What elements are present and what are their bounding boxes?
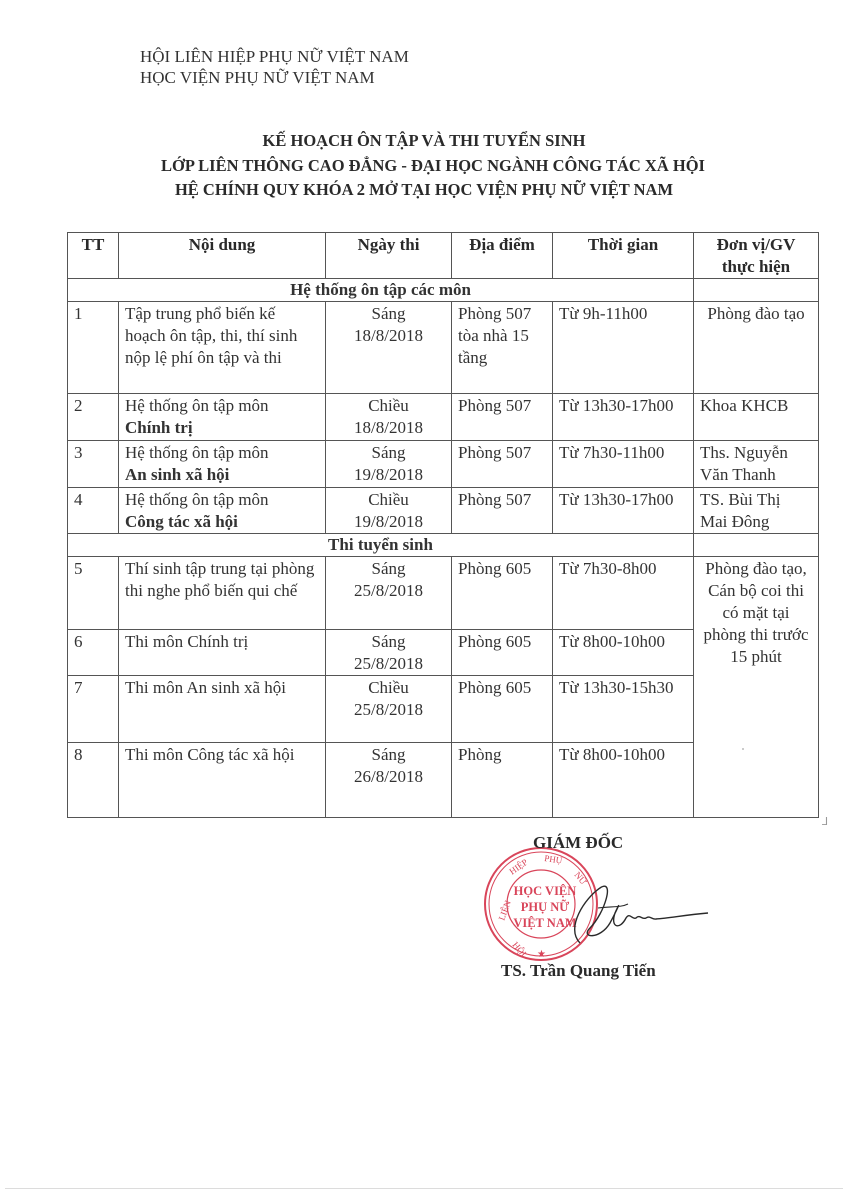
col-header-time: Thời gian [553,233,694,279]
row-content: Hệ thống ôn tập mônAn sinh xã hội [119,441,326,488]
row-time: Từ 13h30-17h00 [553,488,694,534]
section-empty-cell [694,534,819,557]
row-date: Chiều25/8/2018 [326,676,452,743]
date: 25/8/2018 [332,580,445,602]
row-date: Sáng26/8/2018 [326,743,452,818]
row-number: 8 [68,743,119,818]
svg-text:★: ★ [537,949,546,960]
document-title: KẾ HOẠCH ÔN TẬP VÀ THI TUYỂN SINH LỚP LI… [0,129,848,203]
table-row: 5 Thí sinh tập trung tại phòng thi nghe … [68,557,819,630]
row-date: Chiều19/8/2018 [326,488,452,534]
scan-edge-line [5,1188,843,1189]
signer-name: TS. Trần Quang Tiến [501,961,656,981]
title-line-3: HỆ CHÍNH QUY KHÓA 2 MỞ TẠI HỌC VIỆN PHỤ … [0,178,848,203]
row-content: Thi môn Chính trị [119,630,326,676]
title-line-2: LỚP LIÊN THÔNG CAO ĐẲNG - ĐẠI HỌC NGÀNH … [18,154,848,179]
date: 25/8/2018 [332,653,445,675]
section-title: Thi tuyển sinh [68,534,694,557]
row-time: Từ 13h30-15h30 [553,676,694,743]
row-place: Phòng 605 [452,630,553,676]
svg-text:HỘI: HỘI [510,940,528,959]
row-time: Từ 7h30-11h00 [553,441,694,488]
row-date: Sáng18/8/2018 [326,302,452,394]
row-date: Sáng25/8/2018 [326,557,452,630]
subject-name: An sinh xã hội [125,464,319,486]
section-row: Thi tuyển sinh [68,534,819,557]
session: Chiều [332,677,445,699]
session: Chiều [332,395,445,417]
table-row: 1 Tập trung phổ biến kế hoạch ôn tập, th… [68,302,819,394]
session: Sáng [332,631,445,653]
row-content: Thi môn Công tác xã hội [119,743,326,818]
row-number: 7 [68,676,119,743]
row-place: Phòng 605 [452,557,553,630]
row-time: Từ 8h00-10h00 [553,630,694,676]
title-line-1: KẾ HOẠCH ÔN TẬP VÀ THI TUYỂN SINH [0,129,848,154]
col-header-unit: Đơn vị/GV thực hiện [694,233,819,279]
date: 25/8/2018 [332,699,445,721]
content-text: Hệ thống ôn tập môn [125,442,319,464]
session: Sáng [332,442,445,464]
merged-unit-cell: Phòng đào tạo, Cán bộ coi thi có mặt tại… [694,557,819,818]
row-date: Chiều18/8/2018 [326,394,452,441]
date: 19/8/2018 [332,464,445,486]
scan-speck [742,748,744,750]
table-header-row: TT Nội dung Ngày thi Địa điểm Thời gian … [68,233,819,279]
date: 26/8/2018 [332,766,445,788]
table-row: 2 Hệ thống ôn tập mônChính trị Chiều18/8… [68,394,819,441]
row-time: Từ 13h30-17h00 [553,394,694,441]
content-text: Hệ thống ôn tập môn [125,489,319,511]
row-number: 5 [68,557,119,630]
org-name: HỌC VIỆN PHỤ NỮ VIỆT NAM [140,67,409,88]
row-content: Tập trung phổ biến kế hoạch ôn tập, thi,… [119,302,326,394]
session: Sáng [332,303,445,325]
date: 18/8/2018 [332,325,445,347]
table-row: 3 Hệ thống ôn tập mônAn sinh xã hội Sáng… [68,441,819,488]
row-place: Phòng 507 [452,488,553,534]
col-header-tt: TT [68,233,119,279]
row-unit: Ths. Nguyễn Văn Thanh [694,441,819,488]
row-date: Sáng25/8/2018 [326,630,452,676]
signer-title: GIÁM ĐỐC [533,833,623,853]
org-parent: HỘI LIÊN HIỆP PHỤ NỮ VIỆT NAM [140,46,409,67]
svg-text:PHỤ: PHỤ [544,853,564,865]
session: Sáng [332,558,445,580]
row-content: Thí sinh tập trung tại phòng thi nghe ph… [119,557,326,630]
col-header-place: Địa điểm [452,233,553,279]
content-text: Hệ thống ôn tập môn [125,395,319,417]
subject-name: Công tác xã hội [125,511,319,533]
row-place: Phòng 507 [452,394,553,441]
row-unit: Phòng đào tạo [694,302,819,394]
schedule-table: TT Nội dung Ngày thi Địa điểm Thời gian … [67,232,819,818]
row-content: Hệ thống ôn tập mônChính trị [119,394,326,441]
table-row: 4 Hệ thống ôn tập mônCông tác xã hội Chi… [68,488,819,534]
col-header-date: Ngày thi [326,233,452,279]
session: Sáng [332,744,445,766]
row-place: Phòng 507 tòa nhà 15 tầng [452,302,553,394]
row-time: Từ 9h-11h00 [553,302,694,394]
col-header-content: Nội dung [119,233,326,279]
date: 19/8/2018 [332,511,445,533]
row-content: Thi môn An sinh xã hội [119,676,326,743]
row-number: 1 [68,302,119,394]
section-empty-cell [694,279,819,302]
margin-mark: ⅃ [822,815,828,828]
row-place: Phòng 507 [452,441,553,488]
row-unit: Khoa KHCB [694,394,819,441]
row-time: Từ 7h30-8h00 [553,557,694,630]
organization-header: HỘI LIÊN HIỆP PHỤ NỮ VIỆT NAM HỌC VIỆN P… [140,46,409,88]
row-number: 2 [68,394,119,441]
row-time: Từ 8h00-10h00 [553,743,694,818]
date: 18/8/2018 [332,417,445,439]
section-title: Hệ thống ôn tập các môn [68,279,694,302]
subject-name: Chính trị [125,417,319,439]
row-number: 6 [68,630,119,676]
row-place: Phòng 605 [452,676,553,743]
section-row: Hệ thống ôn tập các môn [68,279,819,302]
row-unit: TS. Bùi Thị Mai Đông [694,488,819,534]
row-number: 4 [68,488,119,534]
session: Chiều [332,489,445,511]
handwritten-signature-icon [560,868,710,958]
row-content: Hệ thống ôn tập mônCông tác xã hội [119,488,326,534]
row-place: Phòng [452,743,553,818]
row-date: Sáng19/8/2018 [326,441,452,488]
row-number: 3 [68,441,119,488]
